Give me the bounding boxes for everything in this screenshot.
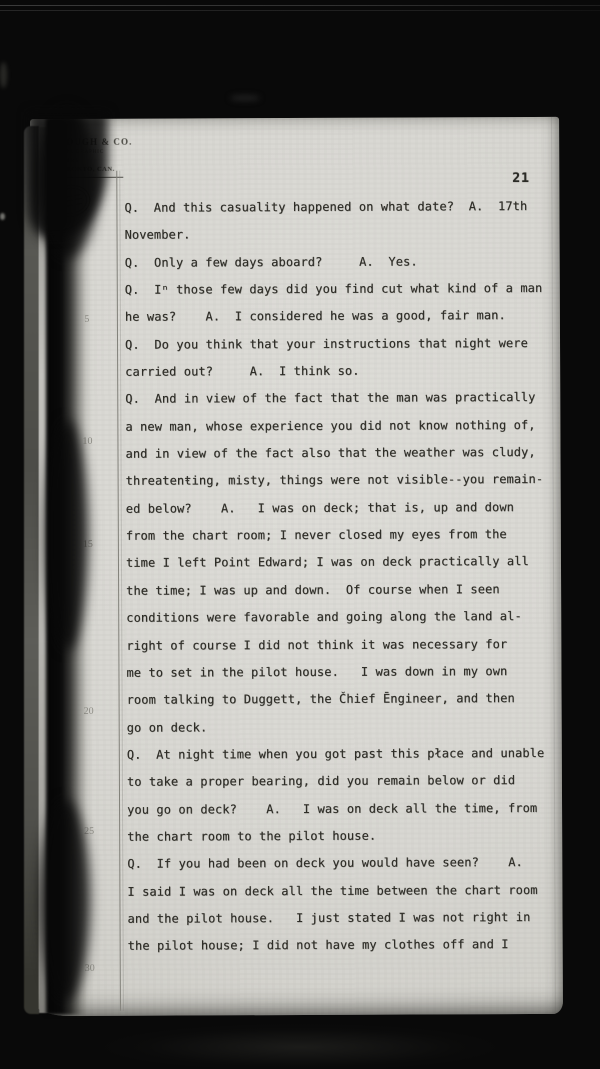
transcript-line: Q. Only a few days aboard? A. Yes. — [125, 248, 557, 277]
scan-artifact — [230, 95, 260, 101]
transcript-line: right of course I did not think it was n… — [126, 630, 558, 659]
transcript: Q. And this casuality happened on what d… — [124, 193, 559, 961]
transcript-line: I said I was on deck all the time betwee… — [127, 876, 559, 905]
transcript-line: he was? A. I considered he was a good, f… — [125, 302, 557, 331]
book-page-stack-edge — [24, 126, 39, 1014]
transcript-line: Q. And in view of the fact that the man … — [125, 384, 557, 413]
transcript-line: carried out? A. I think so. — [125, 357, 557, 386]
transcript-line: November. — [124, 220, 556, 249]
transcript-line: and in view of the fact also that the we… — [125, 439, 557, 468]
transcript-line: time I left Point Edward; I was on deck … — [126, 548, 558, 577]
transcript-line: me to set in the pilot house. I was down… — [126, 658, 558, 687]
scan-artifact — [70, 1022, 530, 1068]
scan-ridge-line — [0, 10, 600, 11]
gutter-shadow-blob — [40, 800, 90, 1000]
document-page: GOUGH & CO. STENOGRAPHIC PORTERS TORONTO… — [30, 117, 563, 1016]
transcript-line: to take a proper bearing, did you remain… — [127, 767, 559, 796]
transcript-line: the chart room to the pilot house. — [127, 822, 559, 851]
transcript-line: the time; I was up and down. Of course w… — [126, 576, 558, 605]
transcript-line: Q. Do you think that your instructions t… — [125, 330, 557, 359]
transcript-line: the pilot house; I did not have my cloth… — [128, 931, 560, 960]
transcript-line: Q. If you had been on deck you would hav… — [127, 849, 559, 878]
transcript-line: threatenŧing, misty, things were not vis… — [126, 466, 558, 495]
transcript-line: ed below? A. I was on deck; that is, up … — [126, 494, 558, 523]
transcript-line: and the pilot house. I just stated I was… — [127, 904, 559, 933]
scan-artifact — [0, 213, 5, 220]
transcript-line: Q. Iⁿ those few days did you find cut wh… — [125, 275, 557, 304]
transcript-line: Q. At night time when you got past this … — [127, 740, 559, 769]
transcript-line: go on deck. — [127, 712, 559, 741]
transcript-line: Q. And this casuality happened on what d… — [124, 193, 556, 222]
scan-ridge-line — [0, 5, 600, 6]
gutter-shadow-blob — [46, 420, 88, 650]
transcript-line: a new man, whose experience you did not … — [125, 412, 557, 441]
transcript-line: room talking to Duggett, the Čhief Ēngin… — [127, 685, 559, 714]
scanned-transcript-photo: GOUGH & CO. STENOGRAPHIC PORTERS TORONTO… — [0, 0, 600, 1069]
transcript-line: from the chart room; I never closed my e… — [126, 521, 558, 550]
scan-artifact — [0, 62, 7, 88]
transcript-line: conditions were favorable and going alon… — [126, 603, 558, 632]
transcript-line: you go on deck? A. I was on deck all the… — [127, 794, 559, 823]
page-number: 21 — [512, 171, 530, 186]
